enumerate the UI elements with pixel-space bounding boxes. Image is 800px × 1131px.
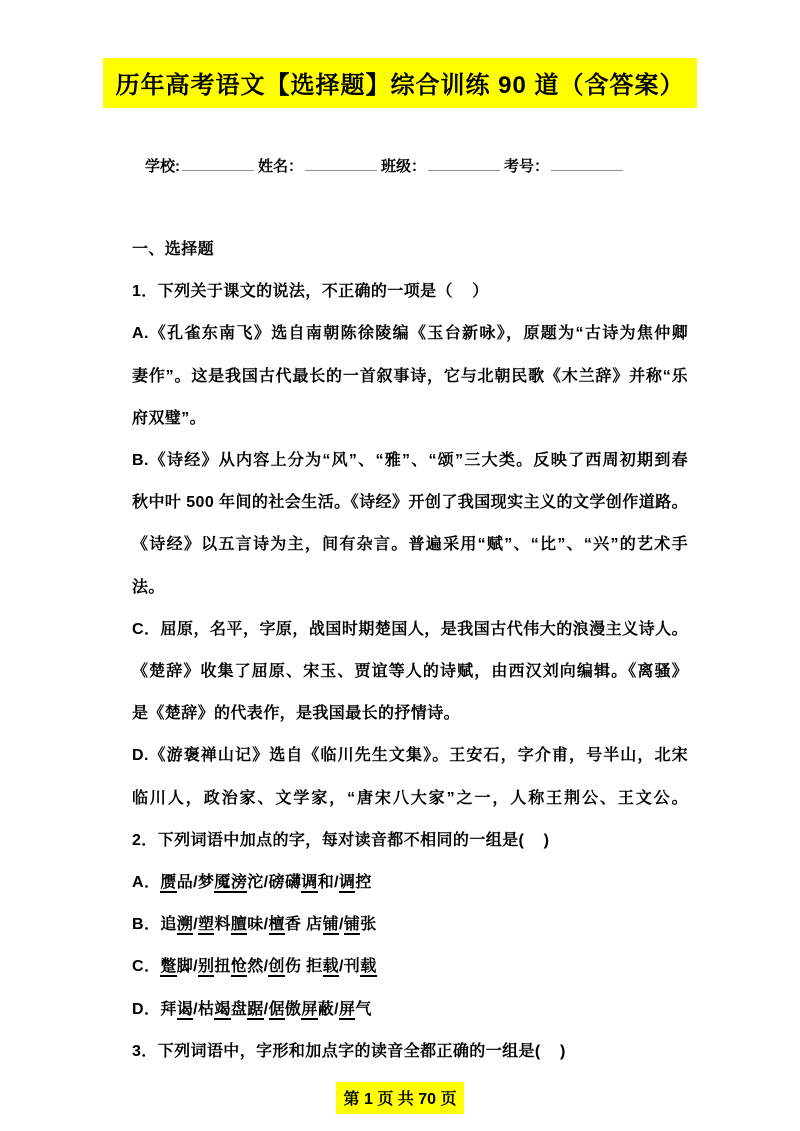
document-body: 一、选择题1．下列关于课文的说法，不正确的一项是（ ）A.《孔雀东南飞》选自南朝… <box>132 229 688 1073</box>
accented-char: 倨 <box>269 1001 285 1020</box>
text-segment: 品/梦 <box>177 874 215 891</box>
exam-number-field: 考号： <box>504 155 627 176</box>
text-segment: 张 <box>360 916 376 933</box>
accented-char: 溯 <box>177 916 193 935</box>
accented-char: 别 <box>198 958 214 977</box>
option-line: C．蹩脚/别扭怆然/创伤 拒载/刊载 <box>132 946 688 988</box>
text-segment: /刊 <box>339 958 360 975</box>
text-segment: A． <box>132 874 160 891</box>
page-title: 历年高考语文【选择题】综合训练 90 道（含答案） <box>103 58 696 108</box>
text-line: 妻作”。这是我国古代最长的一首叙事诗，它与北朝民歌《木兰辞》并称“乐 <box>132 356 688 398</box>
footer-row: 第 1 页 共 70 页 <box>0 1082 800 1114</box>
accented-char: 怆 <box>231 958 247 977</box>
accented-char: 蹩 <box>160 958 176 977</box>
text-segment: 傲 <box>285 1001 301 1018</box>
text-line: 《诗经》以五言诗为主，间有杂言。普遍采用“赋”、“比”、“兴”的艺术手 <box>132 524 688 566</box>
accented-char: 创 <box>268 958 284 977</box>
option-line: B．追溯/塑料膻味/檀香 店铺/铺张 <box>132 904 688 946</box>
section-heading: 一、选择题 <box>132 229 688 271</box>
option-line: D．拜谒/枯竭盘踞/倨傲屏蔽/屏气 <box>132 989 688 1031</box>
accented-char: 谒 <box>177 1001 193 1020</box>
text-line: 《楚辞》收集了屈原、宋玉、贾谊等人的诗赋，由西汉刘向编辑。《离骚》 <box>132 651 688 693</box>
text-segment: 香 店 <box>285 916 323 933</box>
class-label: 班级： <box>381 158 426 175</box>
school-field: 学校: <box>145 155 258 176</box>
class-field: 班级： <box>381 155 504 176</box>
page-footer: 第 1 页 共 70 页 <box>336 1082 465 1114</box>
text-segment: 脚/ <box>177 958 198 975</box>
text-line: 是《楚辞》的代表作，是我国最长的抒情诗。 <box>132 693 688 735</box>
text-line: 秋中叶 500 年间的社会生活。《诗经》开创了我国现实主义的文学创作道路。 <box>132 482 688 524</box>
school-blank <box>182 155 254 171</box>
text-segment: 然/ <box>247 958 268 975</box>
accented-char: 魇滂 <box>214 874 247 893</box>
text-segment: 盘 <box>231 1001 247 1018</box>
accented-char: 踞 <box>247 1001 263 1020</box>
option-line: A.《孔雀东南飞》选自南朝陈徐陵编《玉台新咏》，原题为“古诗为焦仲卿 <box>132 313 688 355</box>
accented-char: 檀 <box>269 916 285 935</box>
text-segment: 蔽/ <box>318 1001 339 1018</box>
text-segment: C． <box>132 958 160 975</box>
exam-number-label: 考号： <box>504 158 549 175</box>
accented-char: 载 <box>360 958 376 977</box>
text-segment: / <box>264 1001 269 1018</box>
accented-char: 膻 <box>231 916 247 935</box>
text-line: 府双璧”。 <box>132 398 688 440</box>
accented-char: 调 <box>339 874 355 893</box>
accented-char: 赝 <box>160 874 176 893</box>
accented-char: 调 <box>301 874 317 893</box>
class-blank <box>428 155 500 171</box>
accented-char: 载 <box>323 958 339 977</box>
text-segment: D．拜 <box>132 1001 177 1018</box>
text-segment: /枯 <box>193 1001 214 1018</box>
student-name-label: 姓名： <box>258 158 303 175</box>
text-segment: 气 <box>355 1001 371 1018</box>
text-segment: 料 <box>214 916 230 933</box>
student-name-field: 姓名： <box>258 155 381 176</box>
accented-char: 铺 <box>344 916 360 935</box>
accented-char: 屏 <box>301 1001 317 1020</box>
option-line: B.《诗经》从内容上分为“风”、“雅”、“颂”三大类。反映了西周初期到春 <box>132 440 688 482</box>
student-info-form: 学校:姓名：班级：考号： <box>145 155 705 176</box>
option-line: C．屈原，名平，字原，战国时期楚国人，是我国古代伟大的浪漫主义诗人。 <box>132 609 688 651</box>
text-line: 临川人，政治家、文学家，“唐宋八大家”之一，人称王荆公、王文公。 <box>132 778 688 820</box>
text-segment: 沱/磅礴 <box>247 874 301 891</box>
question-1-stem: 1．下列关于课文的说法，不正确的一项是（ ） <box>132 271 688 313</box>
text-segment: 控 <box>355 874 371 891</box>
school-label: 学校: <box>145 158 180 175</box>
text-segment: 扭 <box>214 958 230 975</box>
accented-char: 屏 <box>339 1001 355 1020</box>
accented-char: 竭 <box>214 1001 230 1020</box>
text-segment: B．追 <box>132 916 177 933</box>
title-row: 历年高考语文【选择题】综合训练 90 道（含答案） <box>0 58 800 108</box>
text-line: 法。 <box>132 567 688 609</box>
exam-number-blank <box>551 155 623 171</box>
question-2-stem: 2．下列词语中加点的字，每对读音都不相同的一组是( ) <box>132 820 688 862</box>
text-segment: 伤 拒 <box>285 958 323 975</box>
accented-char: 铺 <box>323 916 339 935</box>
student-name-blank <box>305 155 377 171</box>
text-segment: 味/ <box>247 916 268 933</box>
question-3-stem: 3．下列词语中，字形和加点字的读音全都正确的一组是( ) <box>132 1031 688 1073</box>
text-segment: 和/ <box>318 874 339 891</box>
option-line: D.《游褒禅山记》选自《临川先生文集》。王安石，字介甫，号半山，北宋 <box>132 735 688 777</box>
option-line: A．赝品/梦魇滂沱/磅礴调和/调控 <box>132 862 688 904</box>
accented-char: 塑 <box>198 916 214 935</box>
